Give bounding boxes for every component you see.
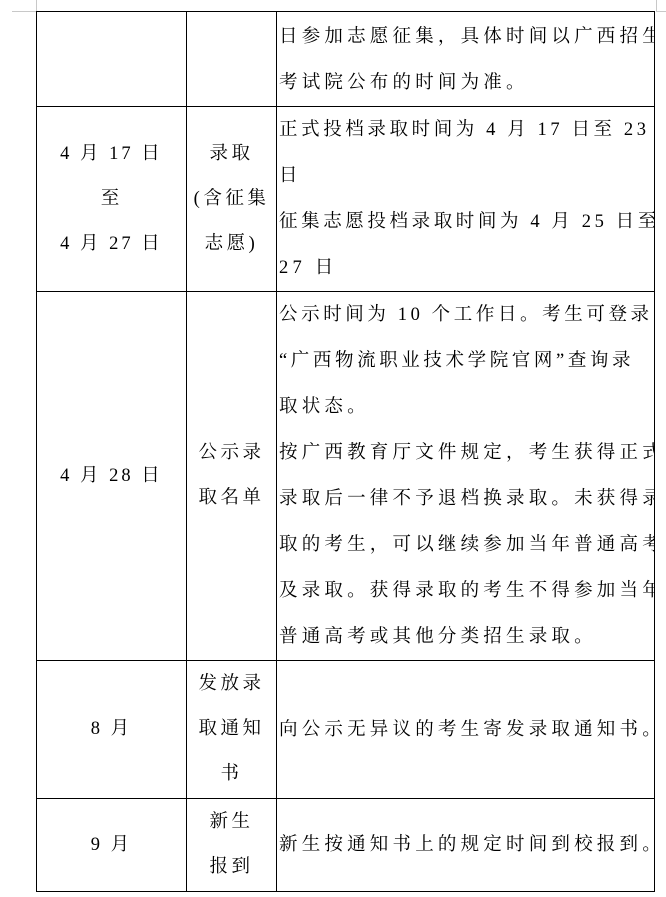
stage-line: 报到 [187,845,276,890]
detail-line: 考试院公布的时间为准。 [277,60,654,106]
detail-line: 27 日 [277,245,654,291]
detail-line: 及录取。获得录取的考生不得参加当年 [277,568,654,614]
stage-line: 新生 [187,800,276,845]
date-cell: 8 月 [37,661,187,799]
detail-cell: 新生按通知书上的规定时间到校报到。 [277,799,655,892]
crop-mark-right-v [656,0,657,11]
detail-cell: 日参加志愿征集，具体时间以广西招生 考试院公布的时间为准。 [277,12,655,107]
date-line: 4 月 27 日 [37,222,186,267]
detail-cell: 向公示无异议的考生寄发录取通知书。 [277,661,655,799]
date-line: 8 月 [37,707,186,752]
date-cell [37,12,187,107]
detail-cell: 公示时间为 10 个工作日。考生可登录 “广西物流职业技术学院官网”查询录 取状… [277,292,655,661]
table-row: 4 月 17 日 至 4 月 27 日 录取 (含征集 志愿) 正式投档录取时间… [37,107,655,292]
date-line: 至 [37,177,186,222]
date-cell: 9 月 [37,799,187,892]
stage-line: (含征集 [187,177,276,222]
detail-line: 公示时间为 10 个工作日。考生可登录 [277,292,654,338]
detail-line: 向公示无异议的考生寄发录取通知书。 [277,707,654,753]
stage-line: 录取 [187,132,276,177]
stage-cell: 录取 (含征集 志愿) [187,107,277,292]
crop-mark-right-h [656,11,666,12]
crop-mark-left-v [36,0,37,11]
detail-line: 日参加志愿征集，具体时间以广西招生 [277,14,654,60]
detail-line: 录取后一律不予退档换录取。未获得录 [277,476,654,522]
stage-cell: 新生 报到 [187,799,277,892]
stage-line: 公示录 [187,431,276,476]
stage-cell [187,12,277,107]
detail-line: 取状态。 [277,384,654,430]
date-cell: 4 月 28 日 [37,292,187,661]
detail-line: “广西物流职业技术学院官网”查询录 [277,338,654,384]
stage-line: 取通知 [187,707,276,752]
detail-line: 正式投档录取时间为 4 月 17 日至 23 [277,107,654,153]
date-cell: 4 月 17 日 至 4 月 27 日 [37,107,187,292]
stage-line: 发放录 [187,662,276,707]
stage-line: 书 [187,752,276,797]
detail-line: 按广西教育厅文件规定，考生获得正式 [277,430,654,476]
stage-line: 取名单 [187,476,276,521]
date-line: 9 月 [37,823,186,868]
table-row: 4 月 28 日 公示录 取名单 公示时间为 10 个工作日。考生可登录 “广西… [37,292,655,661]
detail-cell: 正式投档录取时间为 4 月 17 日至 23 日 征集志愿投档录取时间为 4 月… [277,107,655,292]
table-row: 9 月 新生 报到 新生按通知书上的规定时间到校报到。 [37,799,655,892]
table-row: 8 月 发放录 取通知 书 向公示无异议的考生寄发录取通知书。 [37,661,655,799]
detail-line: 征集志愿投档录取时间为 4 月 25 日至 [277,199,654,245]
date-line: 4 月 17 日 [37,132,186,177]
date-line: 4 月 28 日 [37,454,186,499]
stage-cell: 公示录 取名单 [187,292,277,661]
detail-line: 日 [277,153,654,199]
detail-line: 取的考生，可以继续参加当年普通高考 [277,522,654,568]
stage-cell: 发放录 取通知 书 [187,661,277,799]
detail-line: 普通高考或其他分类招生录取。 [277,614,654,660]
stage-line: 志愿) [187,222,276,267]
detail-line: 新生按通知书上的规定时间到校报到。 [277,822,654,868]
admission-schedule-table: 日参加志愿征集，具体时间以广西招生 考试院公布的时间为准。 4 月 17 日 至… [36,11,655,892]
crop-mark-left-h [12,11,36,12]
table-row: 日参加志愿征集，具体时间以广西招生 考试院公布的时间为准。 [37,12,655,107]
